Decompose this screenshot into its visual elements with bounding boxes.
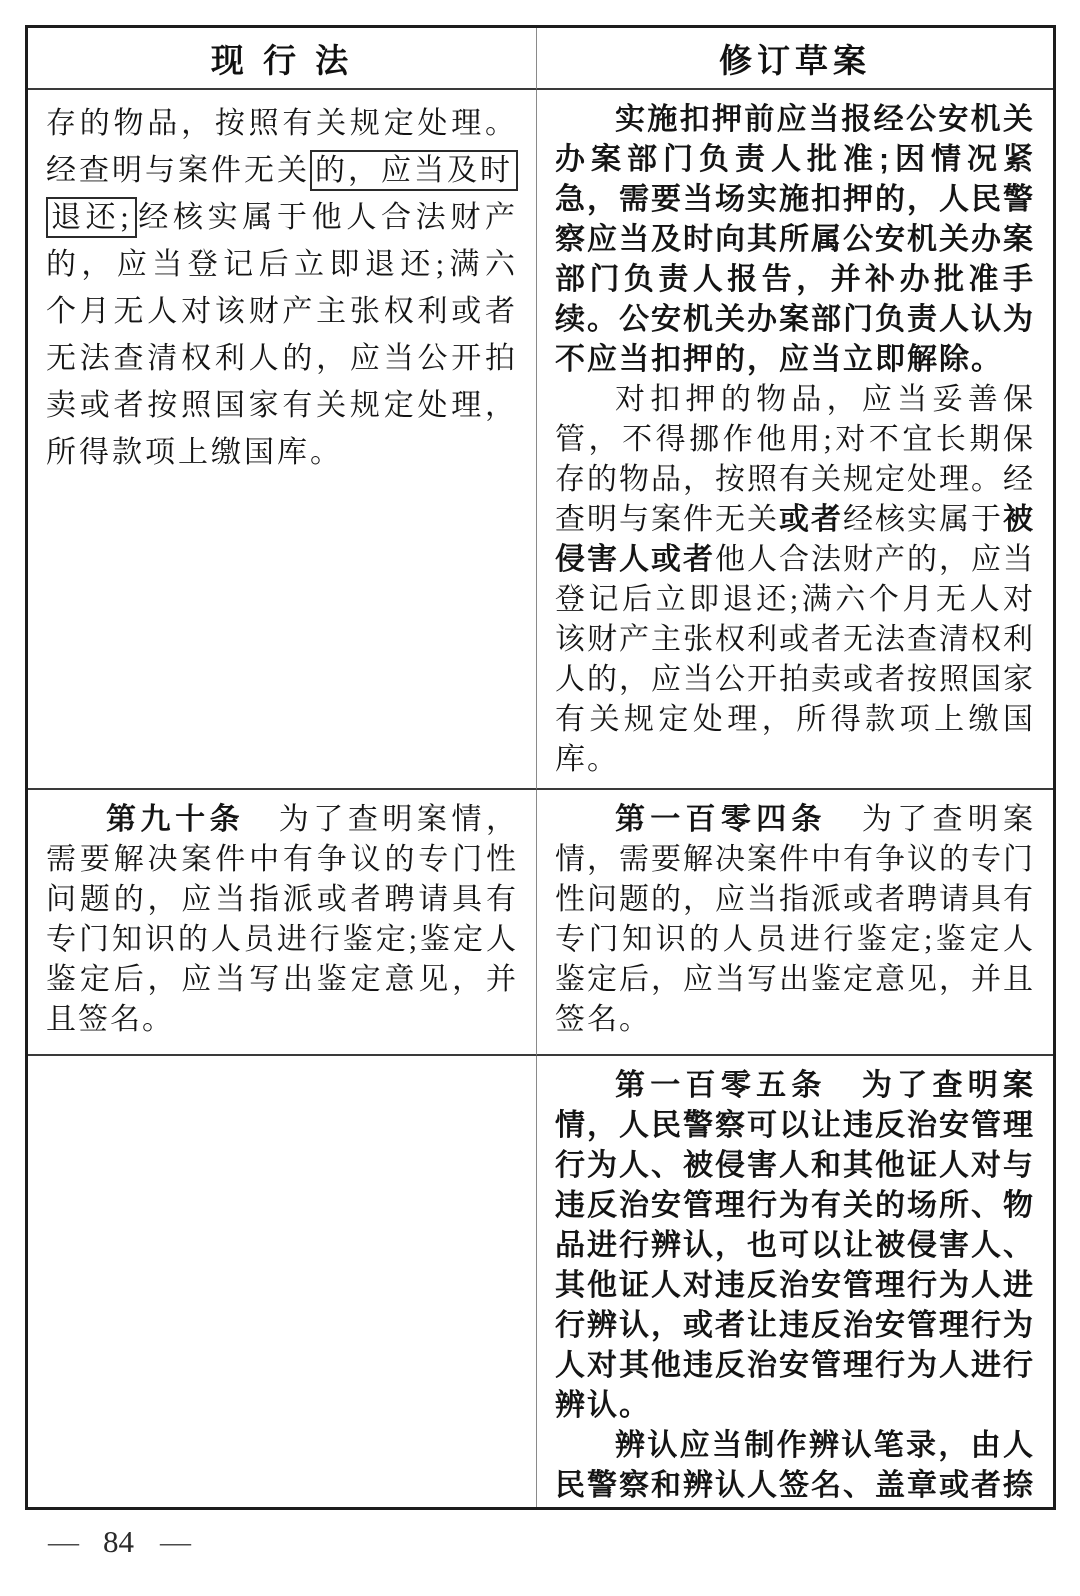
text-segment-normal: 为了查明案情，需要解决案件中有争议的专门性问题的，应当指派或者聘请具有专门知识的…: [555, 803, 1035, 1036]
text-segment-normal: 经核实属于他人合法财产的，应当登记后立即退还;满六个月无人对该财产主张权利或者无…: [46, 201, 518, 469]
document-page: 现 行 法 修订草案 存的物品，按照有关规定处理。经查明与案件无关的，应当及时退…: [0, 0, 1080, 1596]
text-segment-bold: 实施扣押前应当报经公安机关办案部门负责人批准;因情况紧急，需要当场实施扣押的，人…: [555, 103, 1035, 376]
cell-current-law-row2: 第九十条 为了查明案情，需要解决案件中有争议的专门性问题的，应当指派或者聘请具有…: [28, 790, 537, 1056]
page-footer: — 84 —: [48, 1524, 189, 1560]
header-revision-draft: 修订草案: [537, 28, 1053, 90]
header-revision-draft-label: 修订草案: [719, 35, 871, 82]
text-segment-normal: 他人合法财产的，应当登记后立即退还;满六个月无人对该财产主张权利或者无法查清权利…: [555, 543, 1035, 776]
comparison-table: 现 行 法 修订草案 存的物品，按照有关规定处理。经查明与案件无关的，应当及时退…: [25, 25, 1056, 1510]
cell-revision-draft-row2: 第一百零四条 为了查明案情，需要解决案件中有争议的专门性问题的，应当指派或者聘请…: [537, 790, 1053, 1056]
footer-right-dash: —: [160, 1524, 189, 1560]
text-segment-bold: 或者: [779, 503, 843, 536]
paragraph: 辨认应当制作辨认笔录，由人民警察和辨认人签名、盖章或者捺指印。: [555, 1426, 1035, 1507]
header-current-law: 现 行 法: [28, 28, 537, 90]
footer-left-dash: —: [48, 1524, 77, 1560]
text-segment-bold: 第九十条: [106, 803, 244, 836]
paragraph: 实施扣押前应当报经公安机关办案部门负责人批准;因情况紧急，需要当场实施扣押的，人…: [555, 100, 1035, 380]
header-current-law-label: 现 行 法: [211, 35, 353, 82]
paragraph: 对扣押的物品，应当妥善保管，不得挪作他用;对不宜长期保存的物品，按照有关规定处理…: [555, 380, 1035, 780]
paragraph: 存的物品，按照有关规定处理。经查明与案件无关的，应当及时退还;经核实属于他人合法…: [46, 100, 518, 476]
paragraph: 第一百零四条 为了查明案情，需要解决案件中有争议的专门性问题的，应当指派或者聘请…: [555, 800, 1035, 1040]
text-segment-bold: 第一百零五条 为了查明案情，人民警察可以让违反治安管理行为人、被侵害人和其他证人…: [555, 1069, 1035, 1422]
paragraph: 第九十条 为了查明案情，需要解决案件中有争议的专门性问题的，应当指派或者聘请具有…: [46, 800, 518, 1040]
text-segment-bold: 辨认应当制作辨认笔录，由人民警察和辨认人签名、盖章或者捺指印。: [555, 1429, 1035, 1507]
text-segment-normal: 经核实属于: [843, 503, 1003, 536]
cell-revision-draft-row3: 第一百零五条 为了查明案情，人民警察可以让违反治安管理行为人、被侵害人和其他证人…: [537, 1056, 1053, 1507]
paragraph: 第一百零五条 为了查明案情，人民警察可以让违反治安管理行为人、被侵害人和其他证人…: [555, 1066, 1035, 1426]
cell-revision-draft-row1: 实施扣押前应当报经公安机关办案部门负责人批准;因情况紧急，需要当场实施扣押的，人…: [537, 90, 1053, 790]
cell-current-law-row3: [28, 1056, 537, 1507]
page-number: 84: [103, 1524, 134, 1560]
cell-current-law-row1: 存的物品，按照有关规定处理。经查明与案件无关的，应当及时退还;经核实属于他人合法…: [28, 90, 537, 790]
text-segment-bold: 第一百零四条: [615, 803, 827, 836]
text-segment-normal: 为了查明案情，需要解决案件中有争议的专门性问题的，应当指派或者聘请具有专门知识的…: [46, 803, 518, 1036]
